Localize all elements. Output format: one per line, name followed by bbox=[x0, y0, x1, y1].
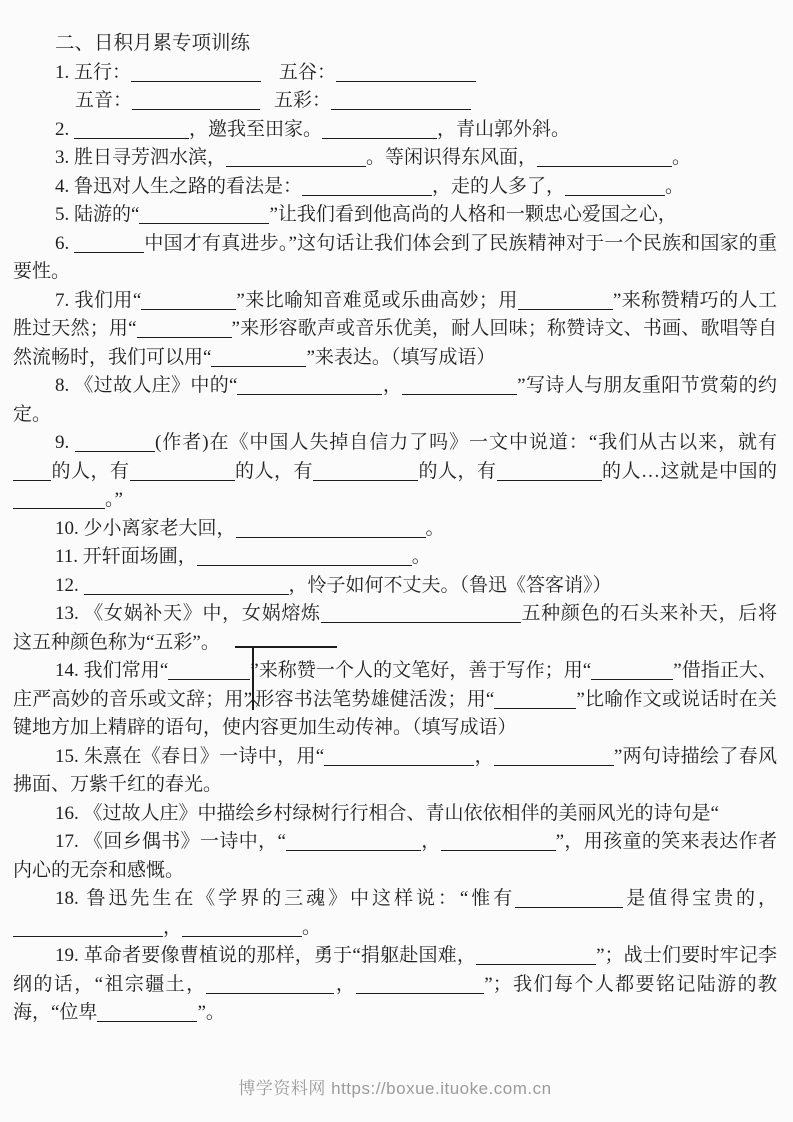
section-title: 二、日积月累专项训练 bbox=[13, 30, 777, 59]
fill-blank bbox=[226, 149, 366, 167]
worksheet-page: 二、日积月累专项训练 1. 五行：五谷：五音：五彩：2. ，邀我至田家。，青山郭… bbox=[0, 0, 793, 1099]
question-paragraph: 9. (作者)在《中国人失掉自信力了吗》一文中说道：“我们从古以来，就有的人，有… bbox=[13, 429, 777, 515]
fill-blank bbox=[74, 235, 144, 253]
fill-blank bbox=[476, 947, 596, 965]
fill-blank bbox=[537, 149, 672, 167]
question-paragraph: 14. 我们常用“”来称赞一个人的文笔好，善于写作；用“”借指正大、庄严高妙的音… bbox=[13, 657, 777, 743]
fill-blank bbox=[356, 976, 484, 994]
question-paragraph: 五音：五彩： bbox=[13, 87, 777, 116]
fill-blank bbox=[206, 976, 334, 994]
fill-blank bbox=[302, 178, 432, 196]
fill-blank bbox=[237, 377, 382, 395]
fill-blank bbox=[139, 206, 269, 224]
fill-blank bbox=[324, 748, 474, 766]
question-paragraph: 2. ，邀我至田家。，青山郭外斜。 bbox=[13, 116, 777, 145]
question-paragraph: 10. 少小离家老大回，。 bbox=[13, 515, 777, 544]
fill-blank bbox=[236, 520, 426, 538]
fill-blank bbox=[518, 292, 613, 310]
question-paragraph: 4. 鲁迅对人生之路的看法是：，走的人多了，。 bbox=[13, 173, 777, 202]
fill-blank bbox=[84, 577, 289, 595]
fill-blank bbox=[322, 121, 437, 139]
fill-blank bbox=[402, 377, 517, 395]
fill-blank bbox=[168, 662, 250, 680]
fill-blank bbox=[13, 463, 51, 481]
question-paragraph: 8. 《过故人庄》中的“，”写诗人与朋友重阳节赏菊的约定。 bbox=[13, 372, 777, 429]
displaced-underline bbox=[235, 646, 337, 648]
fill-blank bbox=[591, 662, 673, 680]
question-paragraph: 19. 革命者要像曹植说的那样，勇于“捐躯赴国难，”；战士们要时牢记李纲的话，“… bbox=[13, 942, 777, 1028]
fill-blank bbox=[313, 463, 418, 481]
question-paragraph: 6. 中国才有真进步。”这句话让我们体会到了民族精神对于一个民族和国家的重要性。 bbox=[13, 230, 777, 287]
fill-blank bbox=[441, 833, 556, 851]
question-paragraph: 17. 《回乡偶书》一诗中，“，”，用孩童的笑来表达作者内心的无奈和感慨。 bbox=[13, 828, 777, 885]
fill-blank bbox=[197, 548, 412, 566]
question-paragraph: 18. 鲁迅先生在《学界的三魂》中这样说：“惟有是值得宝贵的，，。 bbox=[13, 885, 777, 942]
fill-blank bbox=[515, 890, 623, 908]
fill-blank bbox=[497, 463, 602, 481]
question-paragraph: 15. 朱熹在《春日》一诗中，用“，”两句诗描绘了春风拂面、万紫千红的春光。 bbox=[13, 743, 777, 800]
fill-blank bbox=[331, 92, 471, 110]
fill-blank bbox=[130, 463, 235, 481]
fill-blank bbox=[494, 748, 614, 766]
question-paragraph: 3. 胜日寻芳泗水滨，。等闲识得东风面，。 bbox=[13, 144, 777, 173]
column-gap bbox=[260, 105, 274, 106]
cursor-artifact bbox=[252, 690, 255, 708]
fill-blank bbox=[131, 64, 261, 82]
fill-blank bbox=[494, 691, 576, 709]
fill-blank bbox=[74, 121, 189, 139]
fill-blank bbox=[132, 92, 260, 110]
fill-blank bbox=[75, 434, 155, 452]
questions: 1. 五行：五谷：五音：五彩：2. ，邀我至田家。，青山郭外斜。3. 胜日寻芳泗… bbox=[13, 59, 777, 1028]
column-gap bbox=[261, 77, 279, 78]
question-paragraph: 11. 开轩面场圃，。 bbox=[13, 543, 777, 572]
fill-blank bbox=[182, 919, 302, 937]
question-paragraph: 16. 《过故人庄》中描绘乡村绿树行行相合、青山依依相伴的美丽风光的诗句是“ bbox=[13, 800, 777, 829]
question-paragraph: 1. 五行：五谷： bbox=[13, 59, 777, 88]
question-paragraph: 12. ，怜子如何不丈夫。（鲁迅《答客诮》） bbox=[13, 572, 777, 601]
fill-blank bbox=[137, 320, 232, 338]
fill-blank bbox=[97, 1004, 197, 1022]
footer-watermark: 博学资料网 https://boxue.ituoke.com.cn bbox=[13, 1074, 777, 1099]
caret-icon bbox=[246, 698, 260, 712]
fill-blank bbox=[13, 919, 163, 937]
fill-blank bbox=[286, 833, 421, 851]
fill-blank bbox=[321, 605, 521, 623]
question-paragraph: 5. 陆游的“”让我们看到他高尚的人格和一颗忠心爱国之心， bbox=[13, 201, 777, 230]
question-paragraph: 7. 我们用“”来比喻知音难觅或乐曲高妙；用”来称赞精巧的人工胜过天然；用“”来… bbox=[13, 287, 777, 373]
fill-blank bbox=[565, 178, 665, 196]
fill-blank bbox=[141, 292, 236, 310]
fill-blank bbox=[13, 491, 105, 509]
fill-blank bbox=[336, 64, 476, 82]
fill-blank bbox=[211, 349, 306, 367]
question-paragraph: 13. 《女娲补天》中，女娲熔炼五种颜色的石头来补天，后将这五种颜色称为“五彩”… bbox=[13, 600, 777, 657]
